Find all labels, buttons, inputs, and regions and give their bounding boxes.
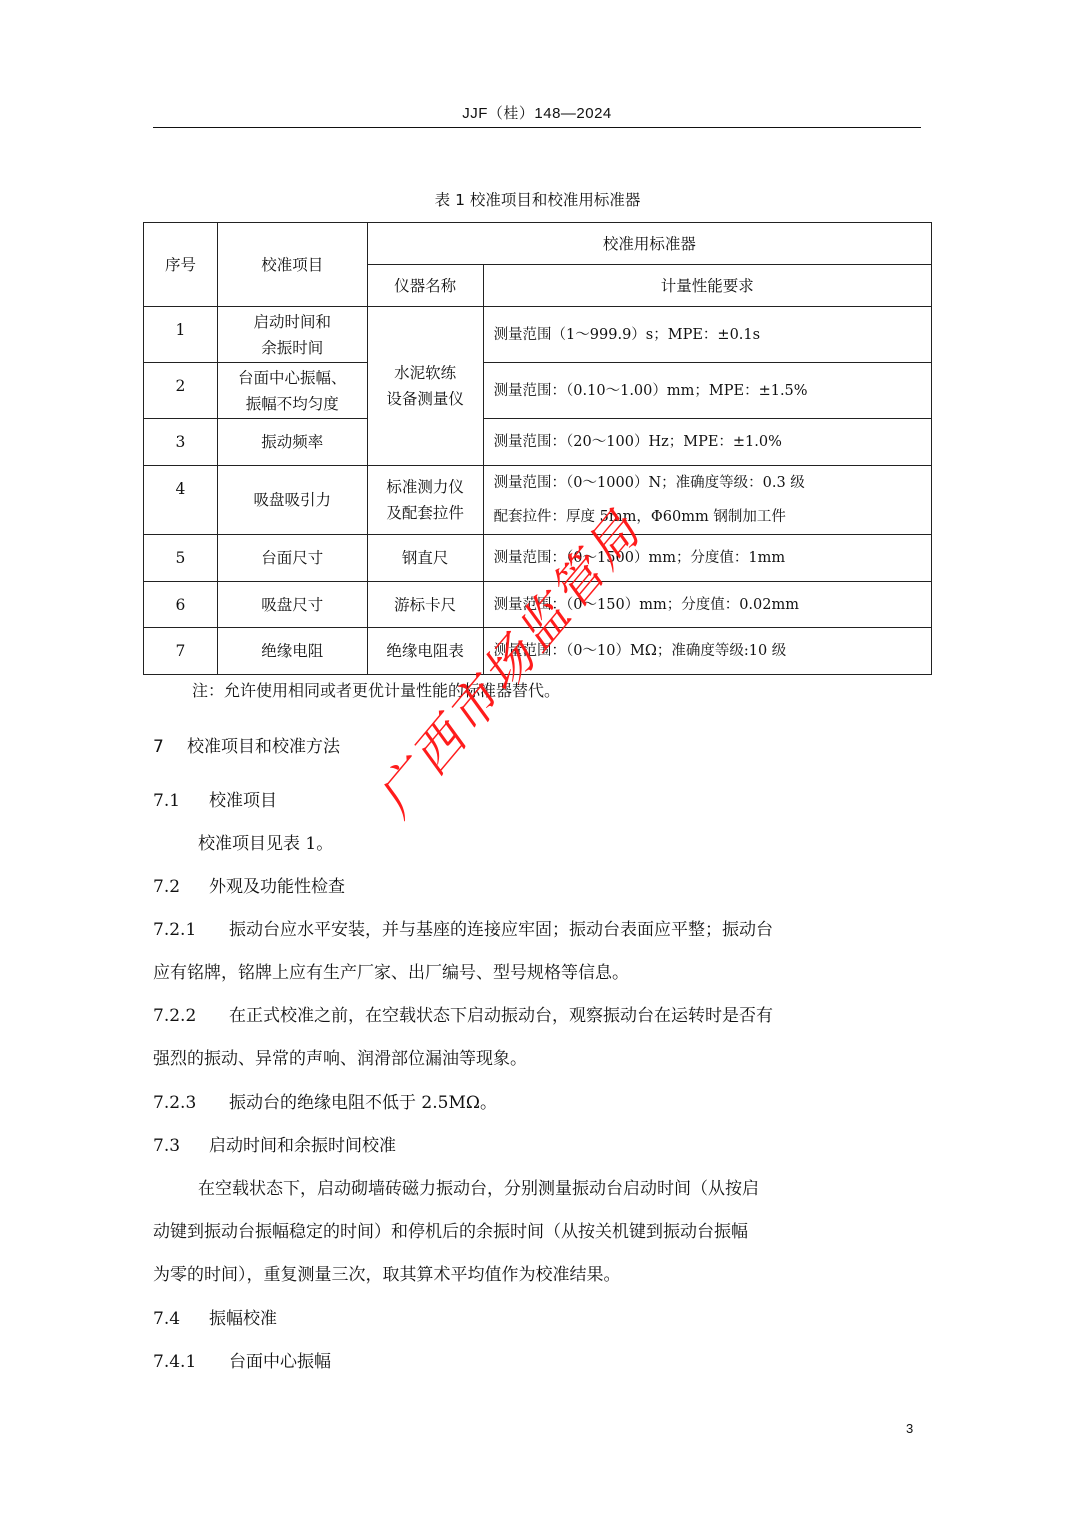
instrument-line: 标准测力仪 xyxy=(368,474,483,500)
section-number: 7.1 xyxy=(153,791,209,811)
paragraph-text: 振动台的绝缘电阻不低于 2.5MΩ。 xyxy=(229,1093,497,1113)
paragraph-text: 振动台应水平安装，并与基座的连接应牢固；振动台表面应平整；振动台 xyxy=(229,920,773,940)
row-seq: 4 xyxy=(144,466,218,535)
document-header-code: JJF（桂）148—2024 xyxy=(153,102,921,123)
section-title: 外观及功能性检查 xyxy=(209,877,345,897)
row-seq: 7 xyxy=(144,628,218,675)
row-seq: 5 xyxy=(144,535,218,582)
section-title: 振幅校准 xyxy=(209,1309,277,1329)
section-7-2-3: 7.2.3振动台的绝缘电阻不低于 2.5MΩ。 xyxy=(153,1088,497,1113)
row-item-line: 余振时间 xyxy=(218,335,367,361)
section-7-2-1-line2: 应有铭牌，铭牌上应有生产厂家、出厂编号、型号规格等信息。 xyxy=(153,958,629,983)
header-seq: 序号 xyxy=(144,223,218,307)
row-requirement: 测量范围：（0.10～1.00）mm；MPE：±1.5% xyxy=(483,363,931,419)
table-row: 4 吸盘吸引力 标准测力仪及配套拉件 测量范围：（0～1000）N；准确度等级：… xyxy=(144,466,932,535)
section-7-4-heading: 7.4振幅校准 xyxy=(153,1304,277,1329)
row-requirement: 测量范围：（0～1000）N；准确度等级：0.3 级配套拉件：厚度 5mm，Φ6… xyxy=(483,466,931,535)
row-seq: 2 xyxy=(144,363,218,419)
table-row: 1 启动时间和余振时间 水泥软练设备测量仪 测量范围（1～999.9）s；MPE… xyxy=(144,307,932,363)
paragraph-text: 在正式校准之前，在空载状态下启动振动台，观察振动台在运转时是否有 xyxy=(229,1006,773,1026)
row-seq: 3 xyxy=(144,419,218,466)
row-item: 绝缘电阻 xyxy=(217,628,367,675)
row-item-line: 启动时间和 xyxy=(218,309,367,335)
row-instrument: 标准测力仪及配套拉件 xyxy=(367,466,483,535)
row-item-line: 振幅不均匀度 xyxy=(218,391,367,417)
section-7-2-heading: 7.2外观及功能性检查 xyxy=(153,872,345,897)
header-rule xyxy=(153,127,921,128)
section-title: 校准项目和校准方法 xyxy=(187,737,340,757)
section-title: 台面中心振幅 xyxy=(229,1352,331,1372)
section-number: 7.4.1 xyxy=(153,1352,229,1372)
row-item: 台面尺寸 xyxy=(217,535,367,582)
row-item: 吸盘尺寸 xyxy=(217,582,367,628)
table-caption: 表 1 校准项目和校准用标准器 xyxy=(143,188,932,210)
row-seq: 6 xyxy=(144,582,218,628)
row-requirement: 测量范围（1～999.9）s；MPE：±0.1s xyxy=(483,307,931,363)
header-item: 校准项目 xyxy=(217,223,367,307)
section-7-3-line2: 动键到振动台振幅稳定的时间）和停机后的余振时间（从按关机键到振动台振幅 xyxy=(153,1217,748,1242)
section-7-2-1-line1: 7.2.1振动台应水平安装，并与基座的连接应牢固；振动台表面应平整；振动台 xyxy=(153,915,773,940)
row-item: 振动频率 xyxy=(217,419,367,466)
section-number: 7.2.1 xyxy=(153,920,229,940)
section-number: 7.2 xyxy=(153,877,209,897)
instrument-line: 及配套拉件 xyxy=(368,500,483,526)
section-number: 7.4 xyxy=(153,1309,209,1329)
row-seq: 1 xyxy=(144,307,218,363)
section-number: 7.2.2 xyxy=(153,1006,229,1026)
section-7-3-heading: 7.3启动时间和余振时间校准 xyxy=(153,1131,396,1156)
section-number: 7.2.3 xyxy=(153,1093,229,1113)
instrument-line: 水泥软练 xyxy=(368,360,483,386)
section-7-2-2-line1: 7.2.2在正式校准之前，在空载状态下启动振动台，观察振动台在运转时是否有 xyxy=(153,1001,773,1026)
header-standard-group: 校准用标准器 xyxy=(367,223,931,265)
page-number: 3 xyxy=(906,1421,913,1436)
row-item: 吸盘吸引力 xyxy=(217,466,367,535)
requirement-line: 测量范围：（0～1000）N；准确度等级：0.3 级 xyxy=(494,466,931,500)
section-7-3-line3: 为零的时间），重复测量三次，取其算术平均值作为校准结果。 xyxy=(153,1260,621,1285)
row-requirement: 测量范围：（20～100）Hz；MPE：±1.0% xyxy=(483,419,931,466)
header-instrument: 仪器名称 xyxy=(367,265,483,307)
row-item: 台面中心振幅、振幅不均匀度 xyxy=(217,363,367,419)
requirement-line: 配套拉件：厚度 5mm，Φ60mm 钢制加工件 xyxy=(494,500,931,534)
row-instrument-merged: 水泥软练设备测量仪 xyxy=(367,307,483,466)
section-title: 校准项目 xyxy=(209,791,277,811)
row-item: 启动时间和余振时间 xyxy=(217,307,367,363)
section-7-heading: 7校准项目和校准方法 xyxy=(153,732,340,757)
section-7-2-2-line2: 强烈的振动、异常的声响、润滑部位漏油等现象。 xyxy=(153,1044,527,1069)
table-header-row: 序号 校准项目 校准用标准器 xyxy=(144,223,932,265)
section-7-1-text: 校准项目见表 1。 xyxy=(153,829,333,854)
section-title: 启动时间和余振时间校准 xyxy=(209,1136,396,1156)
section-number: 7 xyxy=(153,737,187,757)
table-row: 2 台面中心振幅、振幅不均匀度 测量范围：（0.10～1.00）mm；MPE：±… xyxy=(144,363,932,419)
header-requirement: 计量性能要求 xyxy=(483,265,931,307)
table-row: 3 振动频率 测量范围：（20～100）Hz；MPE：±1.0% xyxy=(144,419,932,466)
section-7-3-line1: 在空载状态下，启动砌墙砖磁力振动台，分别测量振动台启动时间（从按启 xyxy=(153,1174,759,1199)
section-7-1-heading: 7.1校准项目 xyxy=(153,786,277,811)
row-instrument: 钢直尺 xyxy=(367,535,483,582)
section-7-4-1-heading: 7.4.1台面中心振幅 xyxy=(153,1347,331,1372)
row-item-line: 台面中心振幅、 xyxy=(218,365,367,391)
row-instrument: 游标卡尺 xyxy=(367,582,483,628)
section-number: 7.3 xyxy=(153,1136,209,1156)
instrument-line: 设备测量仪 xyxy=(368,386,483,412)
